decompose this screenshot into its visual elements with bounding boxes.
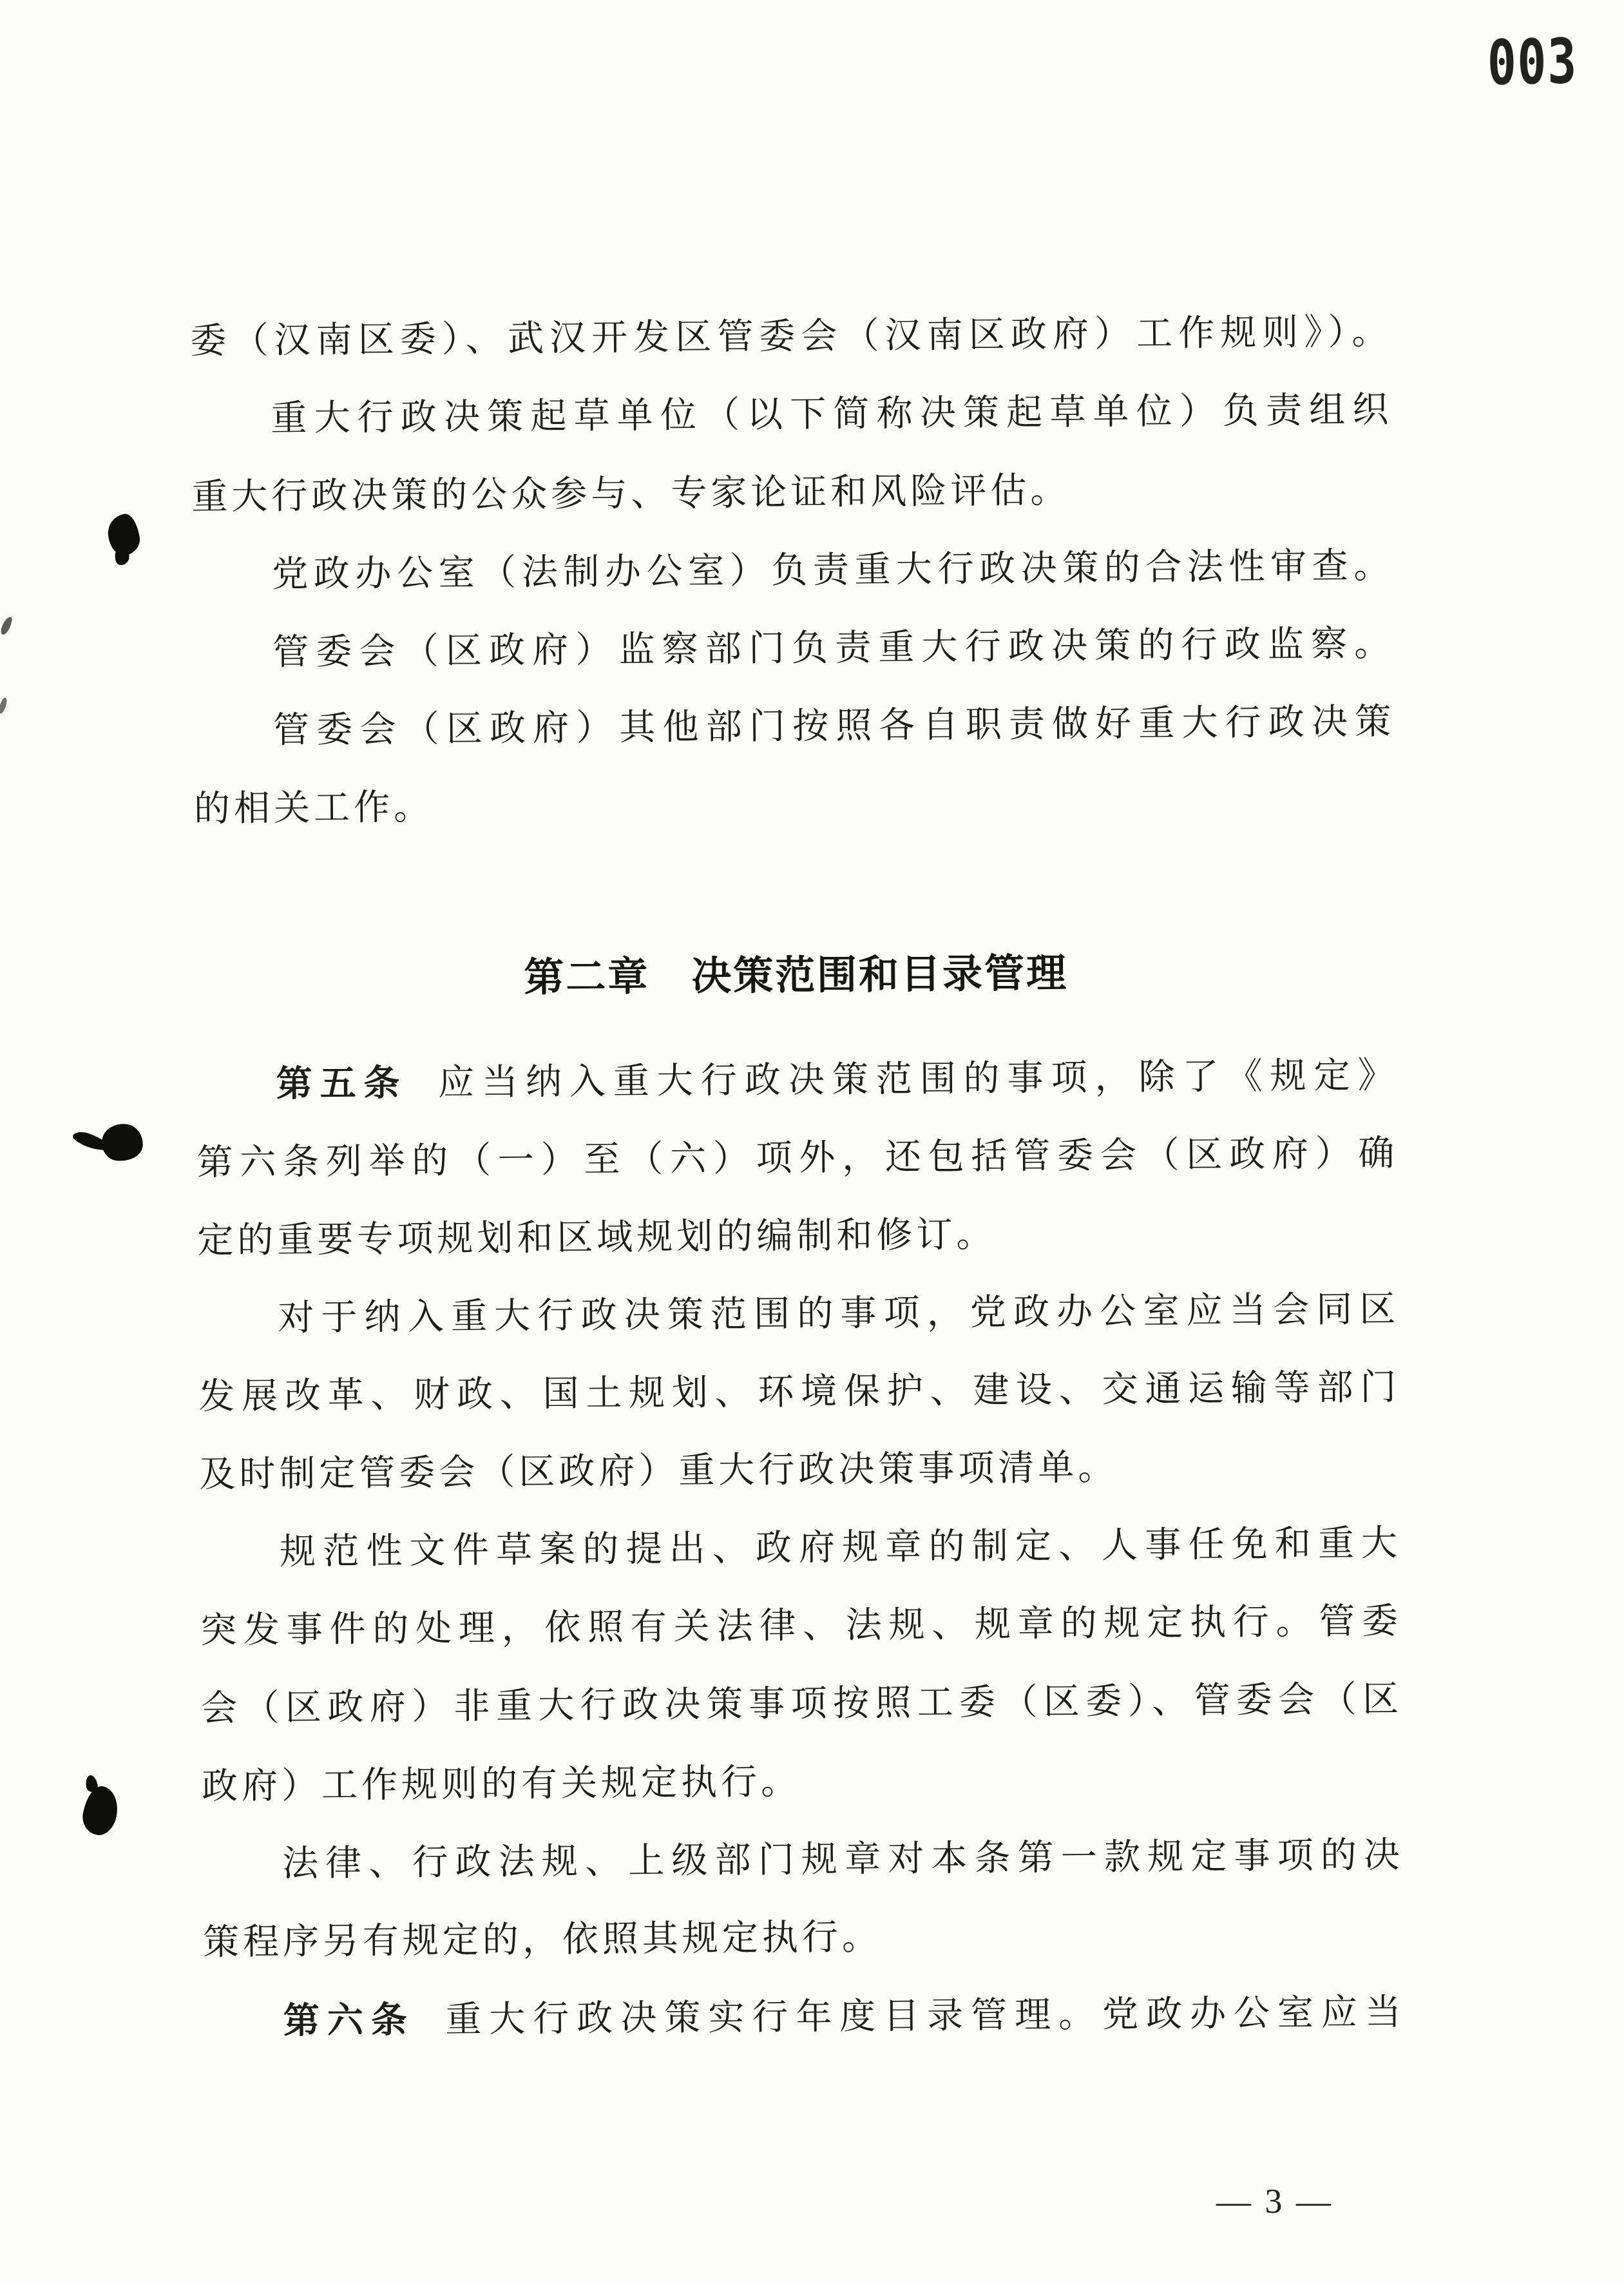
text-line: 委（汉南区委）、武汉开发区管委会（汉南区政府）工作规则》）。: [190, 293, 1392, 381]
text-line: 管委会（区政府）监察部门负责重大行政决策的行政监察。: [193, 605, 1395, 693]
text-line: 定的重要专项规划和区域规划的编制和修订。: [197, 1193, 1399, 1280]
ink-mark: [0, 697, 8, 715]
page-footer-number: — 3 —: [1216, 2181, 1333, 2221]
text-line: 重大行政决策的公众参与、专家论证和风险评估。: [191, 449, 1393, 537]
ink-mark: [0, 615, 14, 636]
text-line: 党政办公室（法制办公室）负责重大行政决策的合法性审查。: [192, 527, 1394, 615]
text-line: 规范性文件草案的提出、政府规章的制定、人事任免和重大: [200, 1505, 1402, 1592]
article-number: 第五条: [276, 1062, 407, 1104]
text-line: 策程序另有规定的，依照其规定执行。: [203, 1894, 1405, 1982]
text-line: 法律、行政法规、上级部门规章对本条第一款规定事项的决: [202, 1816, 1404, 1904]
text-line: 管委会（区政府）其他部门按照各自职责做好重大行政决策: [193, 683, 1395, 771]
scanned-page: 003 委（汉南区委）、武汉开发区管委会（汉南区政府）工作规则》）。重大行政决策…: [0, 0, 1624, 2283]
text-line: 第五条应当纳入重大行政决策范围的事项，除了《规定》: [196, 1036, 1398, 1124]
document-body: 委（汉南区委）、武汉开发区管委会（汉南区政府）工作规则》）。重大行政决策起草单位…: [190, 293, 1405, 2061]
text-line: 会（区政府）非重大行政决策事项按照工委（区委）、管委会（区: [201, 1661, 1403, 1748]
text-line: 重大行政决策起草单位（以下简称决策起草单位）负责组织: [191, 371, 1393, 459]
text-line: 第六条重大行政决策实行年度目录管理。党政办公室应当: [203, 1972, 1405, 2061]
article-number: 第六条: [283, 1999, 415, 2041]
text-line: 发展改革、财政、国土规划、环境保护、建设、交通运输等部门: [198, 1349, 1400, 1436]
text-line: 的相关工作。: [194, 761, 1396, 849]
chapter-heading: 第二章 决策范围和目录管理: [195, 929, 1397, 1023]
ink-blot: [100, 1122, 145, 1163]
text-line: 政府）工作规则的有关规定执行。: [202, 1739, 1404, 1826]
text-line: 第六条列举的（一）至（六）项外，还包括管委会（区政府）确: [196, 1115, 1399, 1202]
ink-blot: [106, 512, 142, 557]
page-stamp-number: 003: [1487, 25, 1578, 99]
text-line: 及时制定管委会（区政府）重大行政决策事项清单。: [199, 1427, 1401, 1514]
ink-blot: [80, 1784, 121, 1838]
text-line: 突发事件的处理，依照有关法律、法规、规章的规定执行。管委: [200, 1583, 1402, 1670]
text-line: 对于纳入重大行政决策范围的事项，党政办公室应当会同区: [198, 1271, 1400, 1358]
